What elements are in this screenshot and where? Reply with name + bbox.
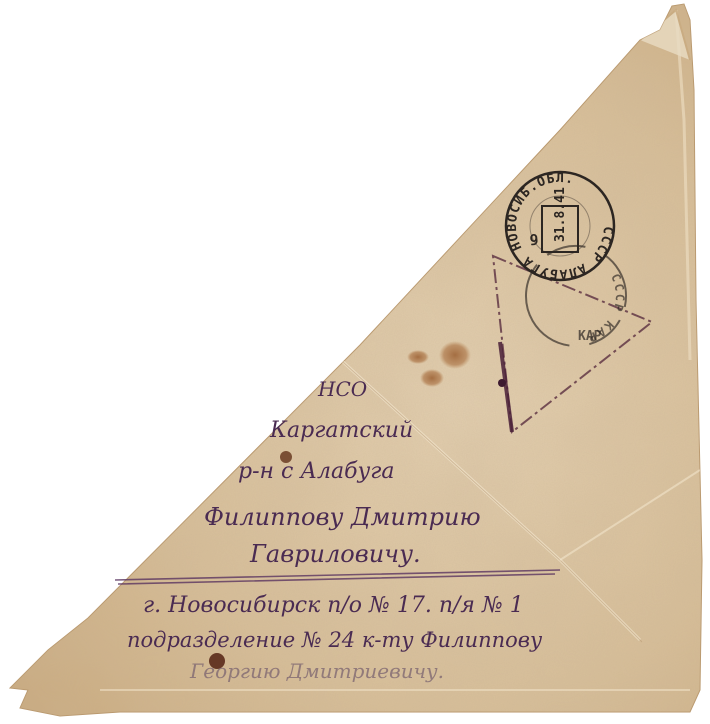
sender-line-3: Георгию Дмитриевичу. (189, 659, 444, 683)
sender-line-1: г. Новосибирск п/о № 17. п/я № 1 (143, 593, 524, 618)
postmark-date: 31.8.41 (553, 187, 568, 242)
postmark-secondary-text: КАР (578, 329, 602, 344)
address-line-1: НСО (317, 377, 367, 401)
address-line-3: р-н с Алабуга (238, 459, 395, 484)
address-line-2: Каргатский (269, 418, 413, 443)
address-line-4: Филиппову Дмитрию (204, 503, 481, 531)
address-line-5: Гавриловичу. (249, 540, 421, 568)
svg-text:б: б (530, 230, 538, 246)
letter-photo: СССР АЛАБУГА НОВОСИБ.ОБЛ. 31.8.41 б СССР… (0, 0, 710, 724)
sender-line-2: подразделение № 24 к-ту Филиппову (127, 628, 543, 652)
